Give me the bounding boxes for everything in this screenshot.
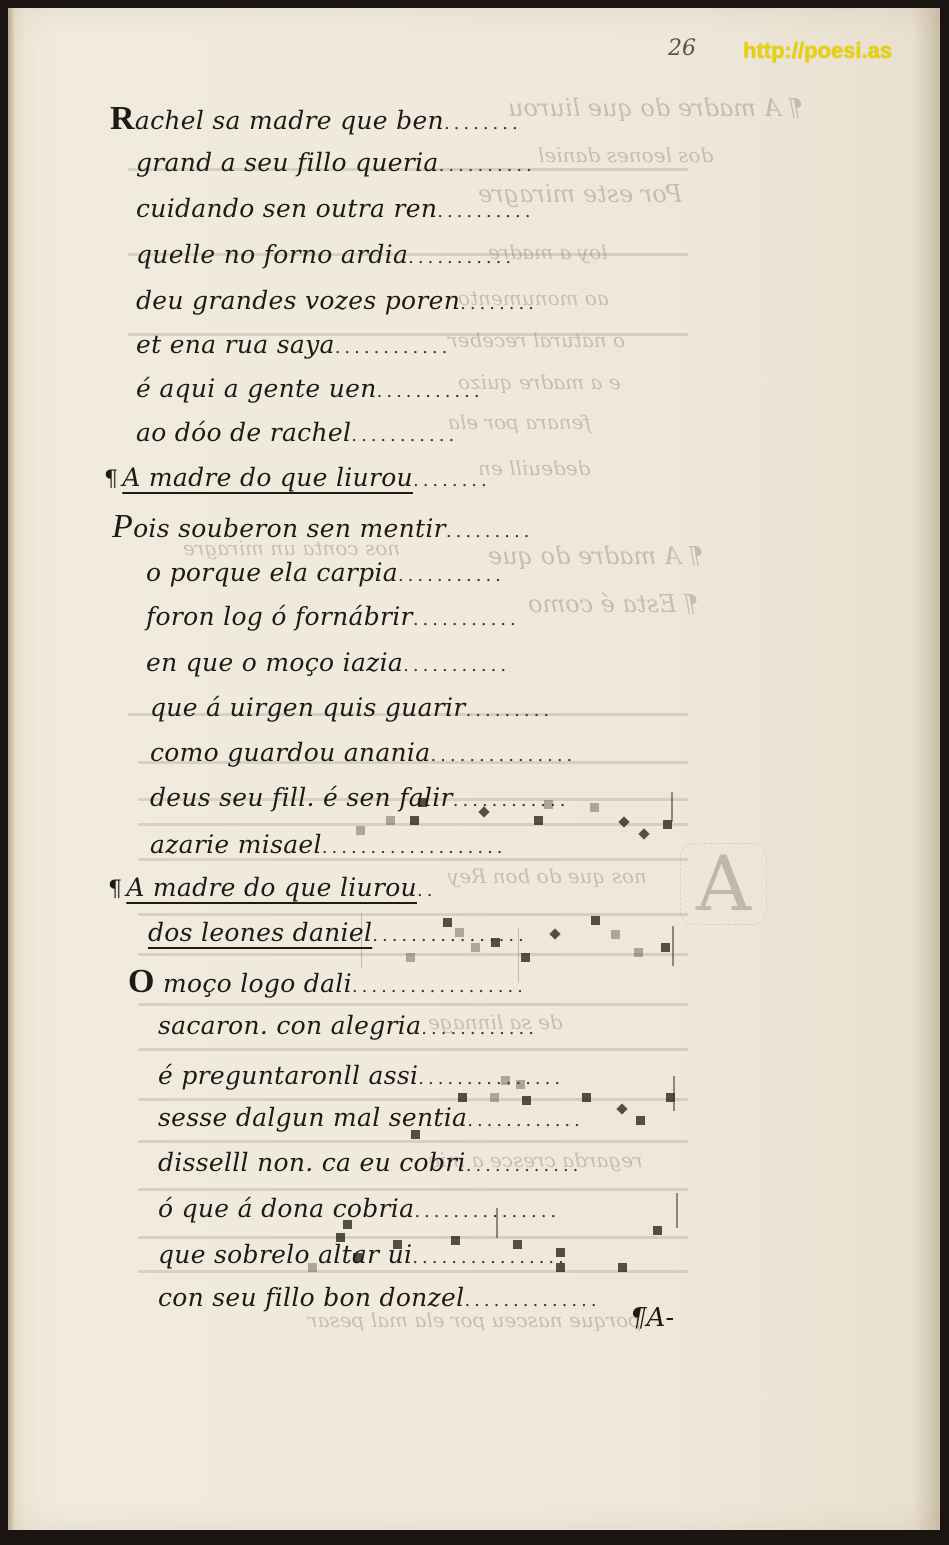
staff-line	[138, 1098, 688, 1101]
staff-line	[138, 1140, 688, 1143]
neume	[634, 948, 643, 957]
neume	[590, 803, 599, 812]
neume	[661, 943, 670, 952]
verse-text: moço logo dali	[155, 969, 352, 998]
staff-line	[138, 913, 688, 916]
verse-text: sacaron. con alegria	[158, 1011, 421, 1040]
neume	[582, 1093, 591, 1102]
staff-line	[138, 823, 688, 826]
neume	[653, 1226, 662, 1235]
verse-line: quelle no forno ardia...........	[136, 240, 515, 269]
dot-leader: ..........	[437, 201, 534, 222]
staff-line	[138, 1003, 688, 1006]
verse-line: et ena rua saya............	[136, 330, 451, 359]
verse-text: que sobrelo altar ui	[158, 1240, 412, 1269]
verse-line: cuidando sen outra ren..........	[136, 194, 534, 223]
verse-text: et ena rua saya	[136, 330, 335, 359]
verse-line: grand a seu fillo queria..........	[136, 148, 536, 177]
verse-line: como guardou anania...............	[150, 738, 576, 767]
verse-line: deus seu fill. é sen falir............	[150, 783, 569, 812]
refrain-line: ¶A madre do que liurou........	[104, 463, 491, 492]
dot-leader: ..............	[464, 1290, 600, 1311]
initial-letter: R	[110, 100, 135, 137]
mirror-text: ¶ A madre do que liurou	[508, 94, 804, 122]
dot-leader: ............	[466, 1155, 583, 1176]
neume	[638, 828, 649, 839]
verse-line: con seu fillo bon donzel..............	[158, 1283, 601, 1312]
staff-line	[138, 1270, 688, 1273]
dot-leader: ................	[372, 925, 528, 946]
verse-line: en que o moço iazia...........	[146, 648, 510, 677]
watermark-url: http://poesi.as	[743, 38, 892, 64]
verse-text: quelle no forno ardia	[136, 240, 408, 269]
verse-text: foron log ó fornábrir	[146, 602, 413, 631]
pilcrow-icon: ¶	[104, 467, 118, 492]
verse-line: é aqui a gente uen...........	[136, 374, 484, 403]
refrain-line: ¶A madre do que liurou..	[108, 873, 436, 902]
dot-leader: ........	[413, 470, 491, 491]
verse-line: ó que á dona cobria...............	[158, 1194, 560, 1223]
dot-leader: ........	[460, 293, 538, 314]
initial-letter: O	[128, 963, 155, 1000]
verse-text: achel sa madre que ben	[135, 106, 444, 135]
verse-text: grand a seu fillo queria	[136, 148, 439, 177]
staff-line	[138, 1048, 688, 1051]
page-number: 26	[668, 36, 696, 61]
verse-line: ao dóo de rachel...........	[136, 418, 458, 447]
ornate-initial-bleed: A	[680, 843, 767, 925]
neume	[636, 1116, 645, 1125]
verse-text: é preguntaronll assi	[158, 1061, 418, 1090]
verse-line: O moço logo dali..................	[128, 963, 527, 1001]
mirror-text: nos que do bon Rey	[448, 864, 647, 888]
dot-leader: ...............	[430, 745, 576, 766]
verse-text: é aqui a gente uen	[136, 374, 377, 403]
verse-text: deu grandes vozes poren	[136, 286, 460, 315]
neume	[406, 953, 415, 962]
dot-leader: ...........	[408, 247, 515, 268]
neume	[410, 816, 419, 825]
stem	[672, 926, 674, 966]
verse-text: con seu fillo bon donzel	[158, 1283, 464, 1312]
dot-leader: .........	[466, 700, 554, 721]
neume	[549, 928, 560, 939]
neume	[616, 1103, 627, 1114]
verse-text: que á uirgen quis guarir	[150, 693, 466, 722]
verse-text: como guardou anania	[150, 738, 430, 767]
verse-text: sesse dalgun mal sentia	[158, 1103, 467, 1132]
neume	[611, 930, 620, 939]
dot-leader: ........	[444, 113, 522, 134]
verse-text: en que o moço iazia	[146, 648, 403, 677]
dot-leader: .........	[446, 521, 534, 542]
dot-leader: ...........	[377, 381, 484, 402]
refrain-line: dos leones daniel................	[148, 918, 528, 947]
dot-leader: ............	[335, 337, 452, 358]
verse-line: azarie misael...................	[150, 830, 507, 859]
dot-leader: ...........	[351, 425, 458, 446]
mirror-text: ¶ Esta é como	[528, 590, 699, 618]
dot-leader: ...........	[398, 565, 505, 586]
dot-leader: ...........	[413, 609, 520, 630]
staff-line	[138, 953, 688, 956]
neume	[490, 1093, 499, 1102]
verse-line: disselll non. ca eu cobri............	[158, 1148, 582, 1177]
refrain-text: dos leones daniel	[148, 918, 372, 947]
neume	[663, 820, 672, 829]
neume	[458, 1093, 467, 1102]
neume	[386, 816, 395, 825]
neume	[591, 916, 600, 925]
mirror-text: dos leones daniel	[538, 143, 713, 167]
dot-leader: ...............	[414, 1201, 560, 1222]
verse-line: que á uirgen quis guarir.........	[150, 693, 553, 722]
refrain-text: A madre do que liurou	[126, 873, 417, 902]
mirror-text: dedeuill en	[478, 456, 590, 480]
mirror-text: fenara por ela	[448, 410, 591, 434]
verse-text: o porque ela carpia	[146, 558, 398, 587]
dot-leader: ...............	[418, 1068, 564, 1089]
verse-text: azarie misael	[150, 830, 322, 859]
verse-line: sacaron. con alegria............	[158, 1011, 538, 1040]
neume	[534, 816, 543, 825]
manuscript-page: ¶ A madre do que liurou dos leones danie…	[8, 8, 940, 1530]
verse-line: que sobrelo altar ui................	[158, 1240, 568, 1269]
initial-letter: P	[112, 508, 133, 545]
dot-leader: ...........	[403, 655, 510, 676]
verse-line: Pois souberon sen mentir.........	[112, 508, 533, 546]
verse-text: disselll non. ca eu cobri	[158, 1148, 466, 1177]
dot-leader: ................	[412, 1247, 568, 1268]
staff-line	[138, 1236, 688, 1239]
stem	[676, 1193, 678, 1228]
verse-line: o porque ela carpia...........	[146, 558, 505, 587]
neume	[618, 816, 629, 827]
stem	[671, 792, 673, 822]
refrain-text: A madre do que liurou	[122, 463, 413, 492]
verse-line: é preguntaronll assi...............	[158, 1061, 564, 1090]
verse-line: sesse dalgun mal sentia............	[158, 1103, 584, 1132]
dot-leader: ..	[417, 880, 436, 901]
neume	[666, 1093, 675, 1102]
verse-text: ó que á dona cobria	[158, 1194, 414, 1223]
dot-leader: ............	[453, 790, 570, 811]
verse-line: deu grandes vozes poren........	[136, 286, 538, 315]
dot-leader: ..................	[352, 976, 527, 997]
dot-leader: ...................	[322, 837, 507, 858]
stem	[673, 1076, 675, 1111]
dot-leader: ............	[467, 1110, 584, 1131]
staff-line	[138, 1188, 688, 1191]
dot-leader: ............	[421, 1018, 538, 1039]
neume	[618, 1263, 627, 1272]
neume	[521, 953, 530, 962]
verse-line: foron log ó fornábrir...........	[146, 602, 520, 631]
verse-text: cuidando sen outra ren	[136, 194, 437, 223]
mirror-text: ¶ A madre do que	[488, 542, 704, 570]
mirror-text: o natural receber	[448, 328, 625, 352]
dot-leader: ..........	[439, 155, 536, 176]
verse-text: ois souberon sen mentir	[133, 514, 446, 543]
verse-text: ao dóo de rachel	[136, 418, 351, 447]
verse-text: deus seu fill. é sen falir	[150, 783, 453, 812]
catchword: ¶A-	[630, 1303, 674, 1333]
verse-line: Rachel sa madre que ben........	[110, 100, 522, 138]
pilcrow-icon: ¶	[108, 877, 122, 902]
